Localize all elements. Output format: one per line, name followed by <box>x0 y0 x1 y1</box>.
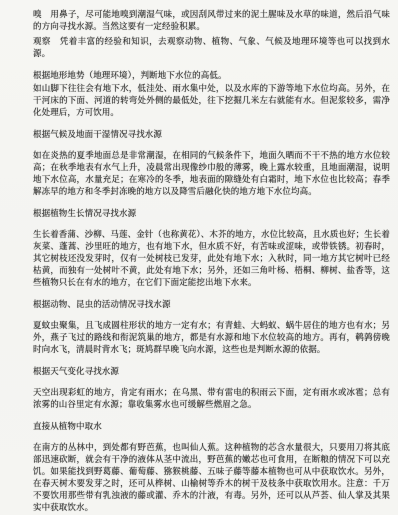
section-body-plants: 生长着香蒲、沙柳、马莲、金针（也称黄花）、木芥的地方，水位比较高，且水质也好；生… <box>33 229 390 289</box>
section-heading-climate-ground: 根据气候及地面干湿情况寻找水源 <box>33 129 390 141</box>
section-terrain: 根据地形地势（地理环境），判断地下水位的高低。 如山脚下往往会有地下水，低洼处、… <box>33 70 390 119</box>
section-water-from-plants: 直接从植物中取水 在南方的丛林中，到处都有野芭蕉，也叫仙人蕉。这种植物的芯含水量… <box>33 421 390 514</box>
section-body-animals-insects: 夏蚊虫聚集，且飞成圆柱形状的地方一定有水；有青蛙、大蚂蚁、蜗牛居住的地方也有水；… <box>33 320 390 356</box>
section-heading-animals-insects: 根据动物、昆虫的活动情况寻找水源 <box>33 299 390 311</box>
section-body-water-from-plants: 在南方的丛林中，到处都有野芭蕉，也叫仙人蕉。这种植物的芯含水量很大，只要用刀将其… <box>33 442 390 514</box>
scanned-document-page: 嗅 用鼻子，尽可能地嗅到潮湿气味，或因刮风带过来的泥土腥味及水草的味道，然后沿气… <box>0 0 398 515</box>
section-climate-ground: 根据气候及地面干湿情况寻找水源 如在炎热的夏季地面总是非常潮湿，在相同的气候条件… <box>33 129 390 198</box>
paragraph-smell-method: 嗅 用鼻子，尽可能地嗅到潮湿气味，或因刮风带过来的泥土腥味及水草的味道，然后沿气… <box>33 9 390 33</box>
section-heading-terrain: 根据地形地势（地理环境），判断地下水位的高低。 <box>33 70 390 82</box>
section-body-terrain: 如山脚下往往会有地下水，低洼处、雨水集中处，以及水库的下游等地下水位均高。另外，… <box>33 83 390 119</box>
section-heading-weather: 根据天气变化寻找水源 <box>33 366 390 378</box>
section-body-weather: 天空出现彩虹的地方，肯定有雨水；在乌黑、带有雷电的积雨云下面，定有雨水或冰雹；总… <box>33 387 390 411</box>
section-body-climate-ground: 如在炎热的夏季地面总是非常潮湿，在相同的气候条件下，地面久晒而不干不热的地方水位… <box>33 150 390 198</box>
section-plants: 根据植物生长情况寻找水源 生长着香蒲、沙柳、马莲、金针（也称黄花）、木芥的地方，… <box>33 208 390 289</box>
paragraph-observe-method: 观察 凭着丰富的经验和知识，去观察动物、植物、气象、气候及地理环境等也可以找到水… <box>33 36 390 60</box>
section-heading-plants: 根据植物生长情况寻找水源 <box>33 208 390 220</box>
section-weather: 根据天气变化寻找水源 天空出现彩虹的地方，肯定有雨水；在乌黑、带有雷电的积雨云下… <box>33 366 390 411</box>
section-heading-water-from-plants: 直接从植物中取水 <box>33 421 390 433</box>
section-animals-insects: 根据动物、昆虫的活动情况寻找水源 夏蚊虫聚集，且飞成圆柱形状的地方一定有水；有青… <box>33 299 390 356</box>
